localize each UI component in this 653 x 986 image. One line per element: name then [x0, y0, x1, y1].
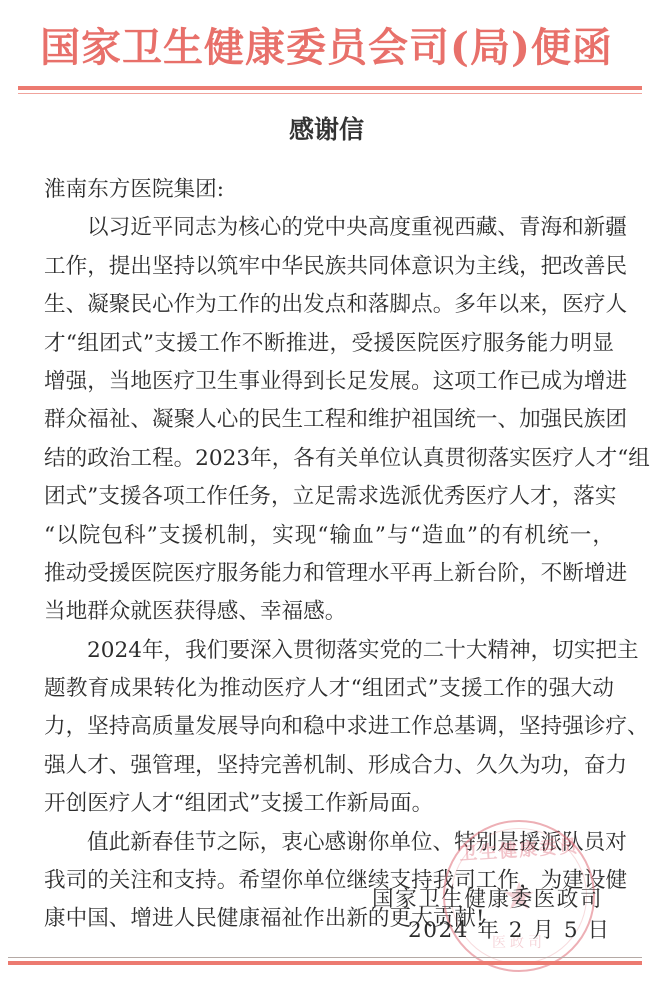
paragraph-2: 2024年，我们要深入贯彻落实党的二十大精神，切实把主 题教育成果转化为推动医疗…	[44, 632, 614, 824]
paragraph-line: 生、凝聚民心作为工作的出发点和落脚点。多年以来，医疗人	[44, 286, 614, 324]
letterhead-title: 国家卫生健康委员会司(局)便函	[0, 22, 653, 74]
paragraph-line: 结的政治工程。2023年，各有关单位认真贯彻落实医疗人才“组	[44, 440, 614, 478]
document-title: 感谢信	[0, 112, 653, 148]
paragraph-line: 开创医疗人才“组团式”支援工作新局面。	[44, 785, 614, 823]
paragraph-line: 力，坚持高质量发展导向和稳中求进工作总基调，坚持强诊疗、	[44, 708, 614, 746]
divider-thick-line	[18, 86, 642, 90]
paragraph-line: 2024年，我们要深入贯彻落实党的二十大精神，切实把主	[44, 632, 614, 670]
paragraph-line: 题教育成果转化为推动医疗人才“组团式”支援工作的强大动	[44, 670, 614, 708]
paragraph-line: 群众福祉、凝聚人心的民生工程和维护祖国统一、加强民族团	[44, 401, 614, 439]
paragraph-line: 以习近平同志为核心的党中央高度重视西藏、青海和新疆	[44, 209, 614, 247]
divider-thin-line	[8, 957, 642, 958]
paragraph-line: 团式”支援各项工作任务，立足需求选派优秀医疗人才，落实	[44, 478, 614, 516]
divider-thick-line	[8, 961, 642, 965]
paragraph-line: “以院包科”支援机制，实现“输血”与“造血”的有机统一，	[44, 517, 614, 555]
signature-block: 国家卫生健康委医政司 2024 年 2 月 5 日	[372, 884, 612, 946]
letter-body: 淮南东方医院集团: 以习近平同志为核心的党中央高度重视西藏、青海和新疆 工作，提…	[44, 171, 614, 939]
divider-thin-line	[18, 93, 642, 94]
paragraph-line: 值此新春佳节之际，衷心感谢你单位、特别是援派队员对	[44, 824, 614, 862]
paragraph-line: 强人才、强管理，坚持完善机制、形成合力、久久为功，奋力	[44, 747, 614, 785]
paragraph-line: 增强，当地医疗卫生事业得到长足发展。这项工作已成为增进	[44, 363, 614, 401]
signature-date: 2024 年 2 月 5 日	[372, 915, 612, 946]
paragraph-1: 以习近平同志为核心的党中央高度重视西藏、青海和新疆 工作，提出坚持以筑牢中华民族…	[44, 209, 614, 631]
paragraph-line: 工作，提出坚持以筑牢中华民族共同体意识为主线，把改善民	[44, 248, 614, 286]
signature-organization: 国家卫生健康委医政司	[372, 884, 612, 915]
paragraph-line: 当地群众就医获得感、幸福感。	[44, 593, 614, 631]
paragraph-line: 推动受援医院医疗服务能力和管理水平再上新台阶，不断增进	[44, 555, 614, 593]
salutation: 淮南东方医院集团:	[44, 171, 614, 209]
paragraph-line: 才“组团式”支援工作不断推进，受援医院医疗服务能力明显	[44, 325, 614, 363]
